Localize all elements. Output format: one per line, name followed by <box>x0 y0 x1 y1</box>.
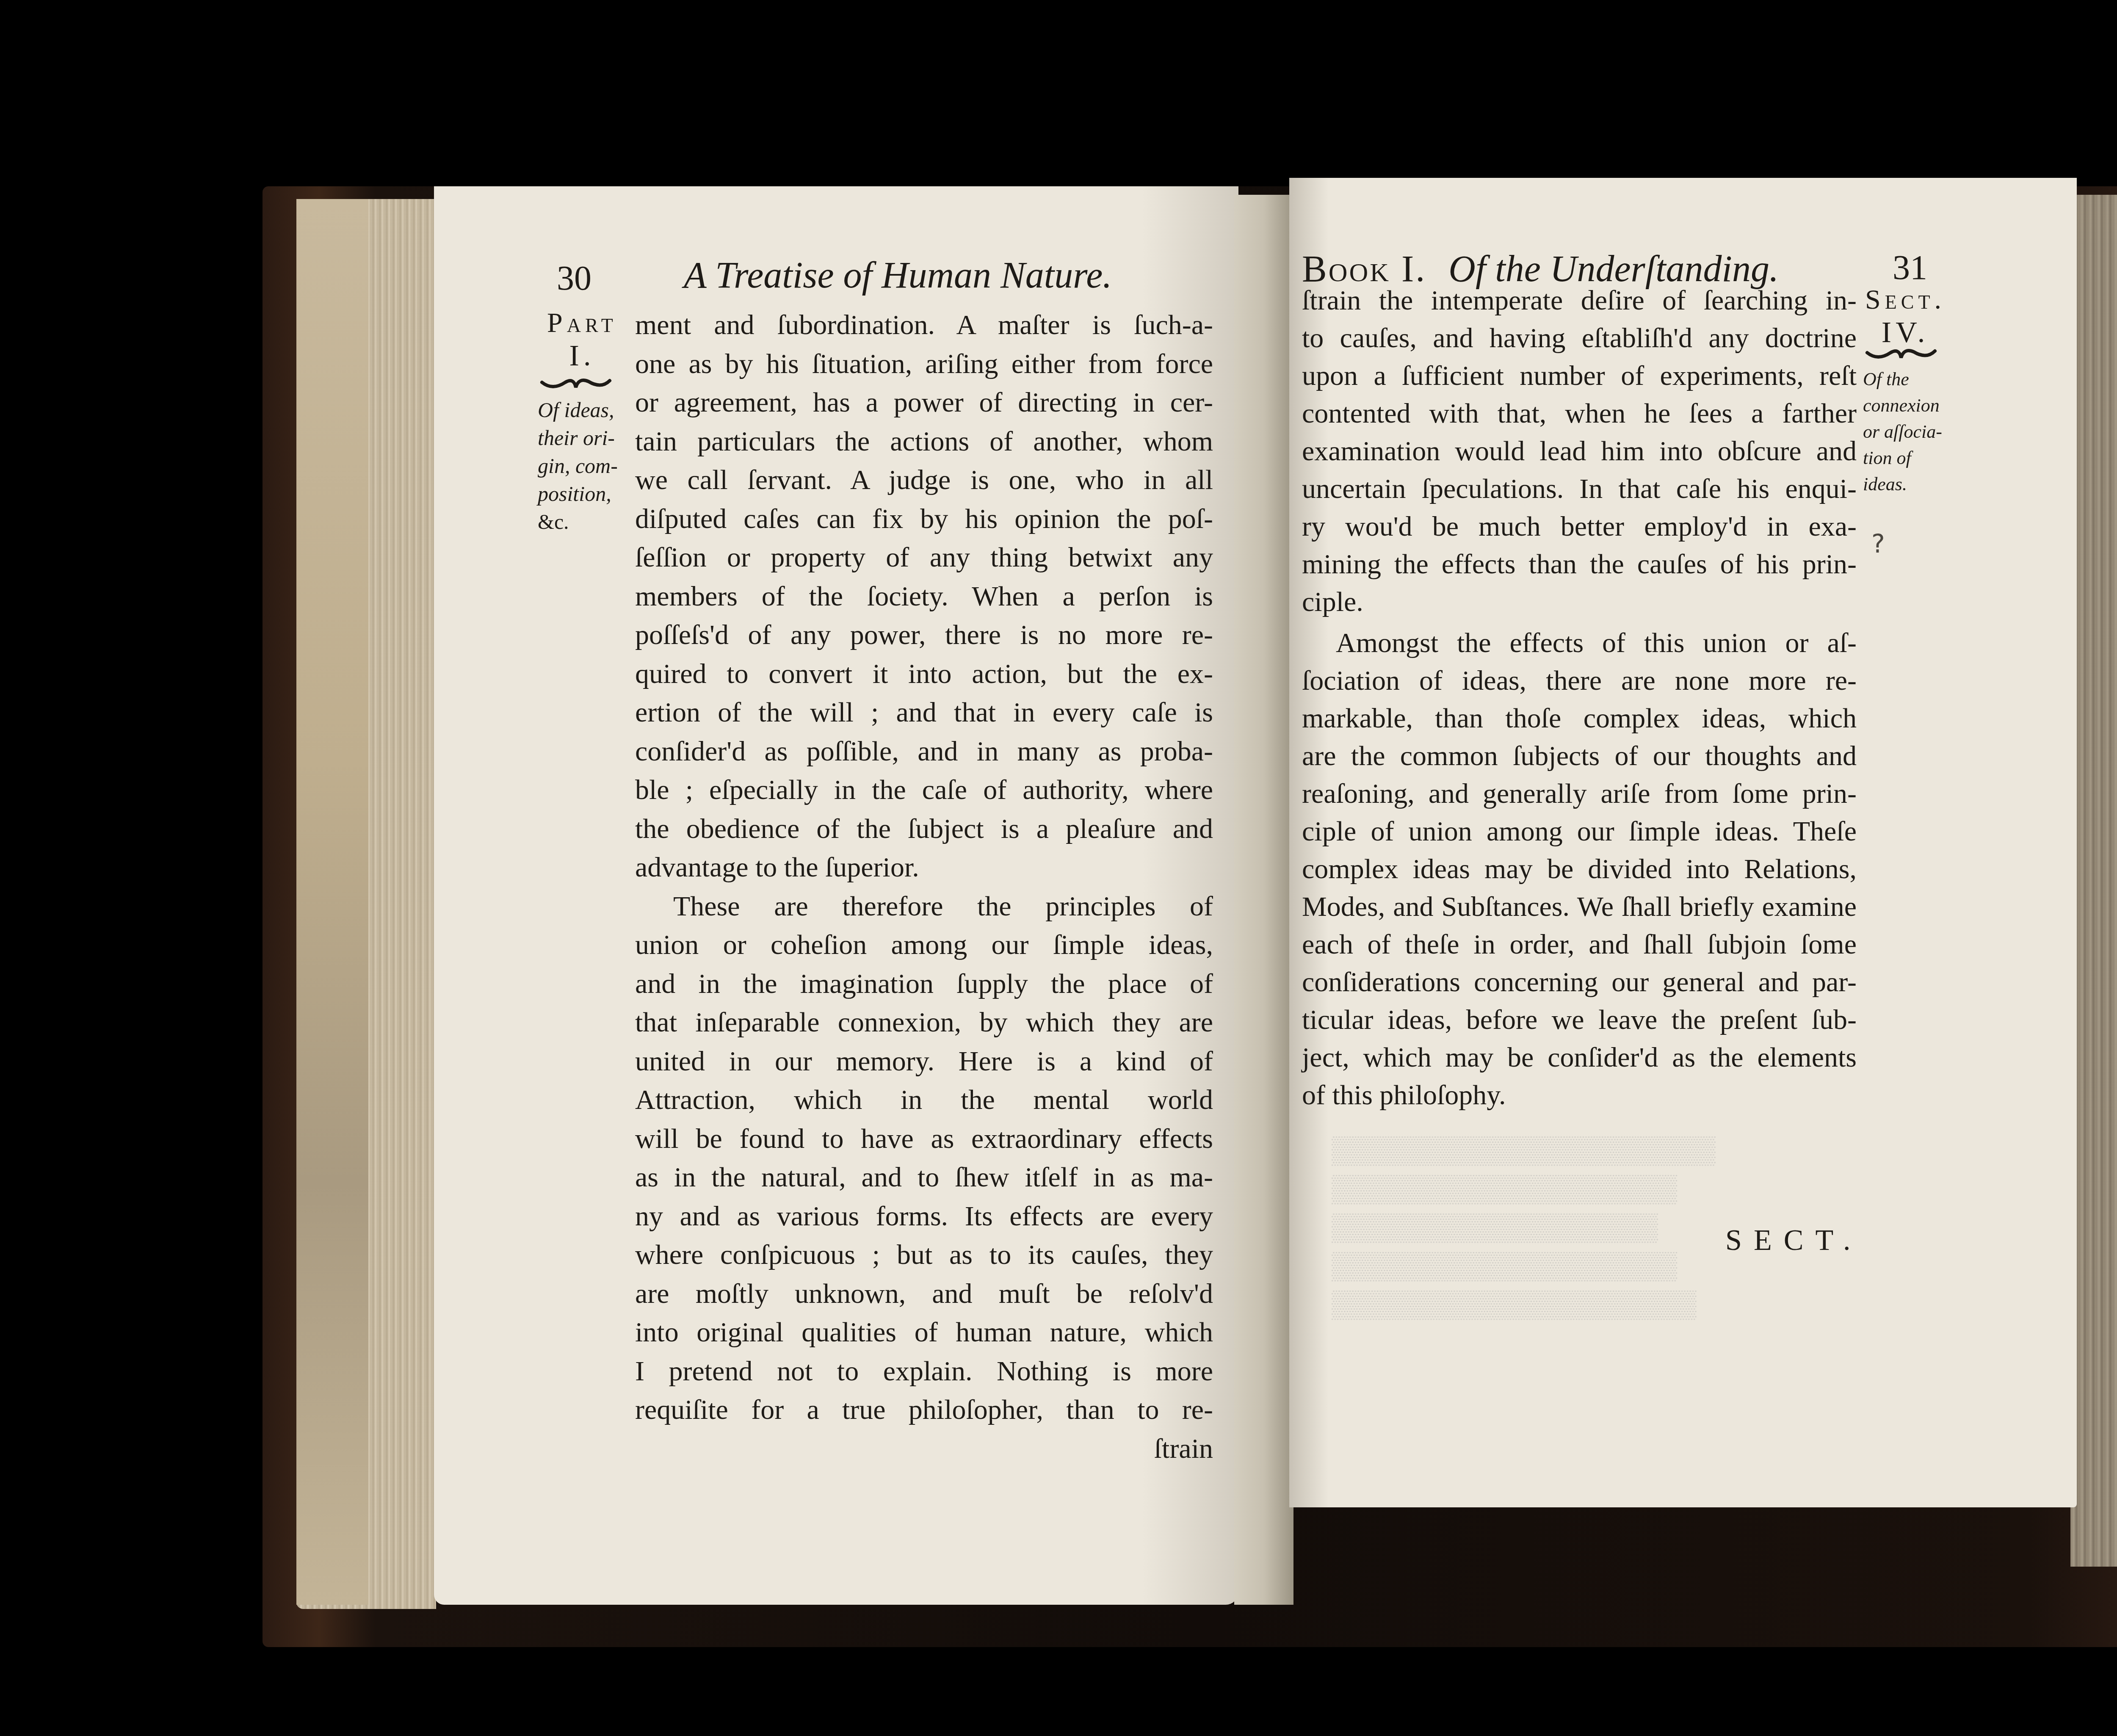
text-line: ment and ſubordination. A maſter is ſuch… <box>635 306 1213 345</box>
text-line: as in the natural, and to ſhew itſelf in… <box>635 1158 1213 1197</box>
text-line: diſputed caſes can fix by his opinion th… <box>635 500 1213 539</box>
text-line: or agreement, has a power of directing i… <box>635 383 1213 422</box>
sidenote-line: connexion <box>1863 393 1956 419</box>
text-line: that inſeparable connexion, by which the… <box>635 1003 1213 1042</box>
text-line: Attraction, which in the mental world <box>635 1081 1213 1120</box>
text-line: advantage to the ſuperior. <box>635 848 1213 887</box>
text-line: we call ſervant. A judge is one, who in … <box>635 461 1213 500</box>
sidenote-line: ideas. <box>1863 471 1956 498</box>
text-line: ſociation of ideas, there are none more … <box>1302 662 1857 699</box>
catchword: ſtrain <box>635 1429 1213 1468</box>
page-number-right: 31 <box>1893 248 1927 287</box>
text-line: of this philoſophy. <box>1302 1076 1857 1114</box>
text-line: These are therefore the principles of <box>635 887 1213 926</box>
sidenote-line: &c. <box>538 508 622 536</box>
sidenote-part-label: Part I. <box>533 307 631 373</box>
text-line: ject, which may be conſider'd as the ele… <box>1302 1039 1857 1076</box>
text-line: ciple. <box>1302 583 1857 621</box>
text-line: each of theſe in order, and ſhall ſubjoi… <box>1302 926 1857 963</box>
left-flyleaf <box>296 199 368 1605</box>
text-line: examination would lead him into obſcure … <box>1302 432 1857 470</box>
text-line: union or coheſion among our ſimple ideas… <box>635 926 1213 965</box>
text-line: one as by his ſituation, ariſing either … <box>635 345 1213 384</box>
right-page: ▒▒▒▒▒▒▒▒▒▒▒▒▒▒▒▒▒▒▒▒▒▒▒▒▒▒▒▒▒▒▒▒▒▒▒▒▒▒▒▒… <box>1289 178 2077 1507</box>
brace-ornament-icon <box>1865 345 1937 362</box>
text-line: Amongst the effects of this union or aſ- <box>1302 624 1857 662</box>
sidenote-part-number: I. <box>569 340 595 372</box>
sidenote-part-word: Part <box>547 307 617 338</box>
page-number-left: 30 <box>557 258 591 298</box>
text-line: the obedience of the ſubject is a pleaſu… <box>635 810 1213 849</box>
text-line: ticular ideas, before we leave the preſe… <box>1302 1001 1857 1039</box>
text-line: to cauſes, and having eſtabliſh'd any do… <box>1302 319 1857 357</box>
text-line: and in the imagination ſupply the place … <box>635 965 1213 1003</box>
sidenote-line: or aſſocia- <box>1863 419 1956 445</box>
text-line: ertion of the will ; and that in every c… <box>635 693 1213 732</box>
text-line: I pretend not to explain. Nothing is mor… <box>635 1352 1213 1391</box>
sidenote-line: Of ideas, <box>538 396 622 424</box>
show-through-text: ▒▒▒▒▒▒▒▒▒▒▒▒▒▒▒▒▒▒▒▒▒▒▒▒▒▒▒▒▒▒▒▒▒▒▒▒▒▒▒▒… <box>1332 1131 1716 1323</box>
brace-ornament-icon <box>540 375 612 392</box>
sidenote-line: tion of <box>1863 445 1956 471</box>
text-line: are moſtly unknown, and muſt be reſolv'd <box>635 1274 1213 1313</box>
text-line: into original qualities of human nature,… <box>635 1313 1213 1352</box>
sidenote-line: position, <box>538 480 622 508</box>
text-line: members of the ſociety. When a perſon is <box>635 577 1213 616</box>
text-line: upon a ſufficient number of experiments,… <box>1302 357 1857 395</box>
text-line: ſeſſion or property of any thing betwixt… <box>635 538 1213 577</box>
text-line: markable, than thoſe complex ideas, whic… <box>1302 699 1857 737</box>
left-page-body: ment and ſubordination. A maſter is ſuch… <box>635 306 1213 1468</box>
text-line: mining the effects than the cauſes of hi… <box>1302 545 1857 583</box>
text-line: will be found to have as extraordinary e… <box>635 1120 1213 1158</box>
text-line: reaſoning, and generally ariſe from ſome… <box>1302 775 1857 813</box>
text-line: ble ; eſpecially in the caſe of authorit… <box>635 771 1213 810</box>
text-line: where conſpicuous ; but as to its cauſes… <box>635 1236 1213 1274</box>
catchword-sect: SECT. <box>1725 1224 1862 1258</box>
text-line: ny and as various forms. Its effects are… <box>635 1197 1213 1236</box>
text-line: requiſite for a true philoſopher, than t… <box>635 1390 1213 1429</box>
left-page: 30 A Treatise of Human Nature. Part I. O… <box>434 186 1238 1605</box>
text-line: ciple of union among our ſimple ideas. T… <box>1302 813 1857 850</box>
sidenote-line: gin, com- <box>538 452 622 480</box>
text-line: poſſeſs'd of any power, there is no more… <box>635 616 1213 655</box>
right-page-body: ſtrain the intemperate deſire of ſearchi… <box>1302 282 1857 1114</box>
text-line: ry wou'd be much better employ'd in exa- <box>1302 508 1857 545</box>
running-head-left: A Treatise of Human Nature. <box>684 254 1112 297</box>
text-line: united in our memory. Here is a kind of <box>635 1042 1213 1081</box>
text-line: Modes, and Subſtances. We ſhall briefly … <box>1302 888 1857 926</box>
gutter-fold <box>1234 195 1293 1605</box>
sidenote-sect-number: IV. <box>1882 316 1929 349</box>
text-line: conſider'd as poſſible, and in many as p… <box>635 732 1213 771</box>
text-line: tain particulars the actions of another,… <box>635 422 1213 461</box>
text-line: complex ideas may be divided into Relati… <box>1302 850 1857 888</box>
text-line: contented with that, when he ſees a fart… <box>1302 395 1857 432</box>
text-line: are the common ſubjects of our thoughts … <box>1302 737 1857 775</box>
sidenote-left: Of ideas, their ori- gin, com- position,… <box>538 396 622 536</box>
text-line: quired to convert it into action, but th… <box>635 655 1213 694</box>
sidenote-right: Of the connexion or aſſocia- tion of ide… <box>1863 366 1956 498</box>
text-line: conſiderations concerning our general an… <box>1302 963 1857 1001</box>
sidenote-section-label: Sect. IV. <box>1857 284 1954 350</box>
sidenote-sect-word: Sect. <box>1865 284 1946 315</box>
sidenote-line: their ori- <box>538 424 622 452</box>
pencil-question-mark: ? <box>1871 529 1885 559</box>
right-page-edges <box>2070 195 2117 1567</box>
sidenote-line: Of the <box>1863 366 1956 393</box>
text-line: ſtrain the intemperate deſire of ſearchi… <box>1302 282 1857 319</box>
text-line: uncertain ſpeculations. In that caſe his… <box>1302 470 1857 508</box>
